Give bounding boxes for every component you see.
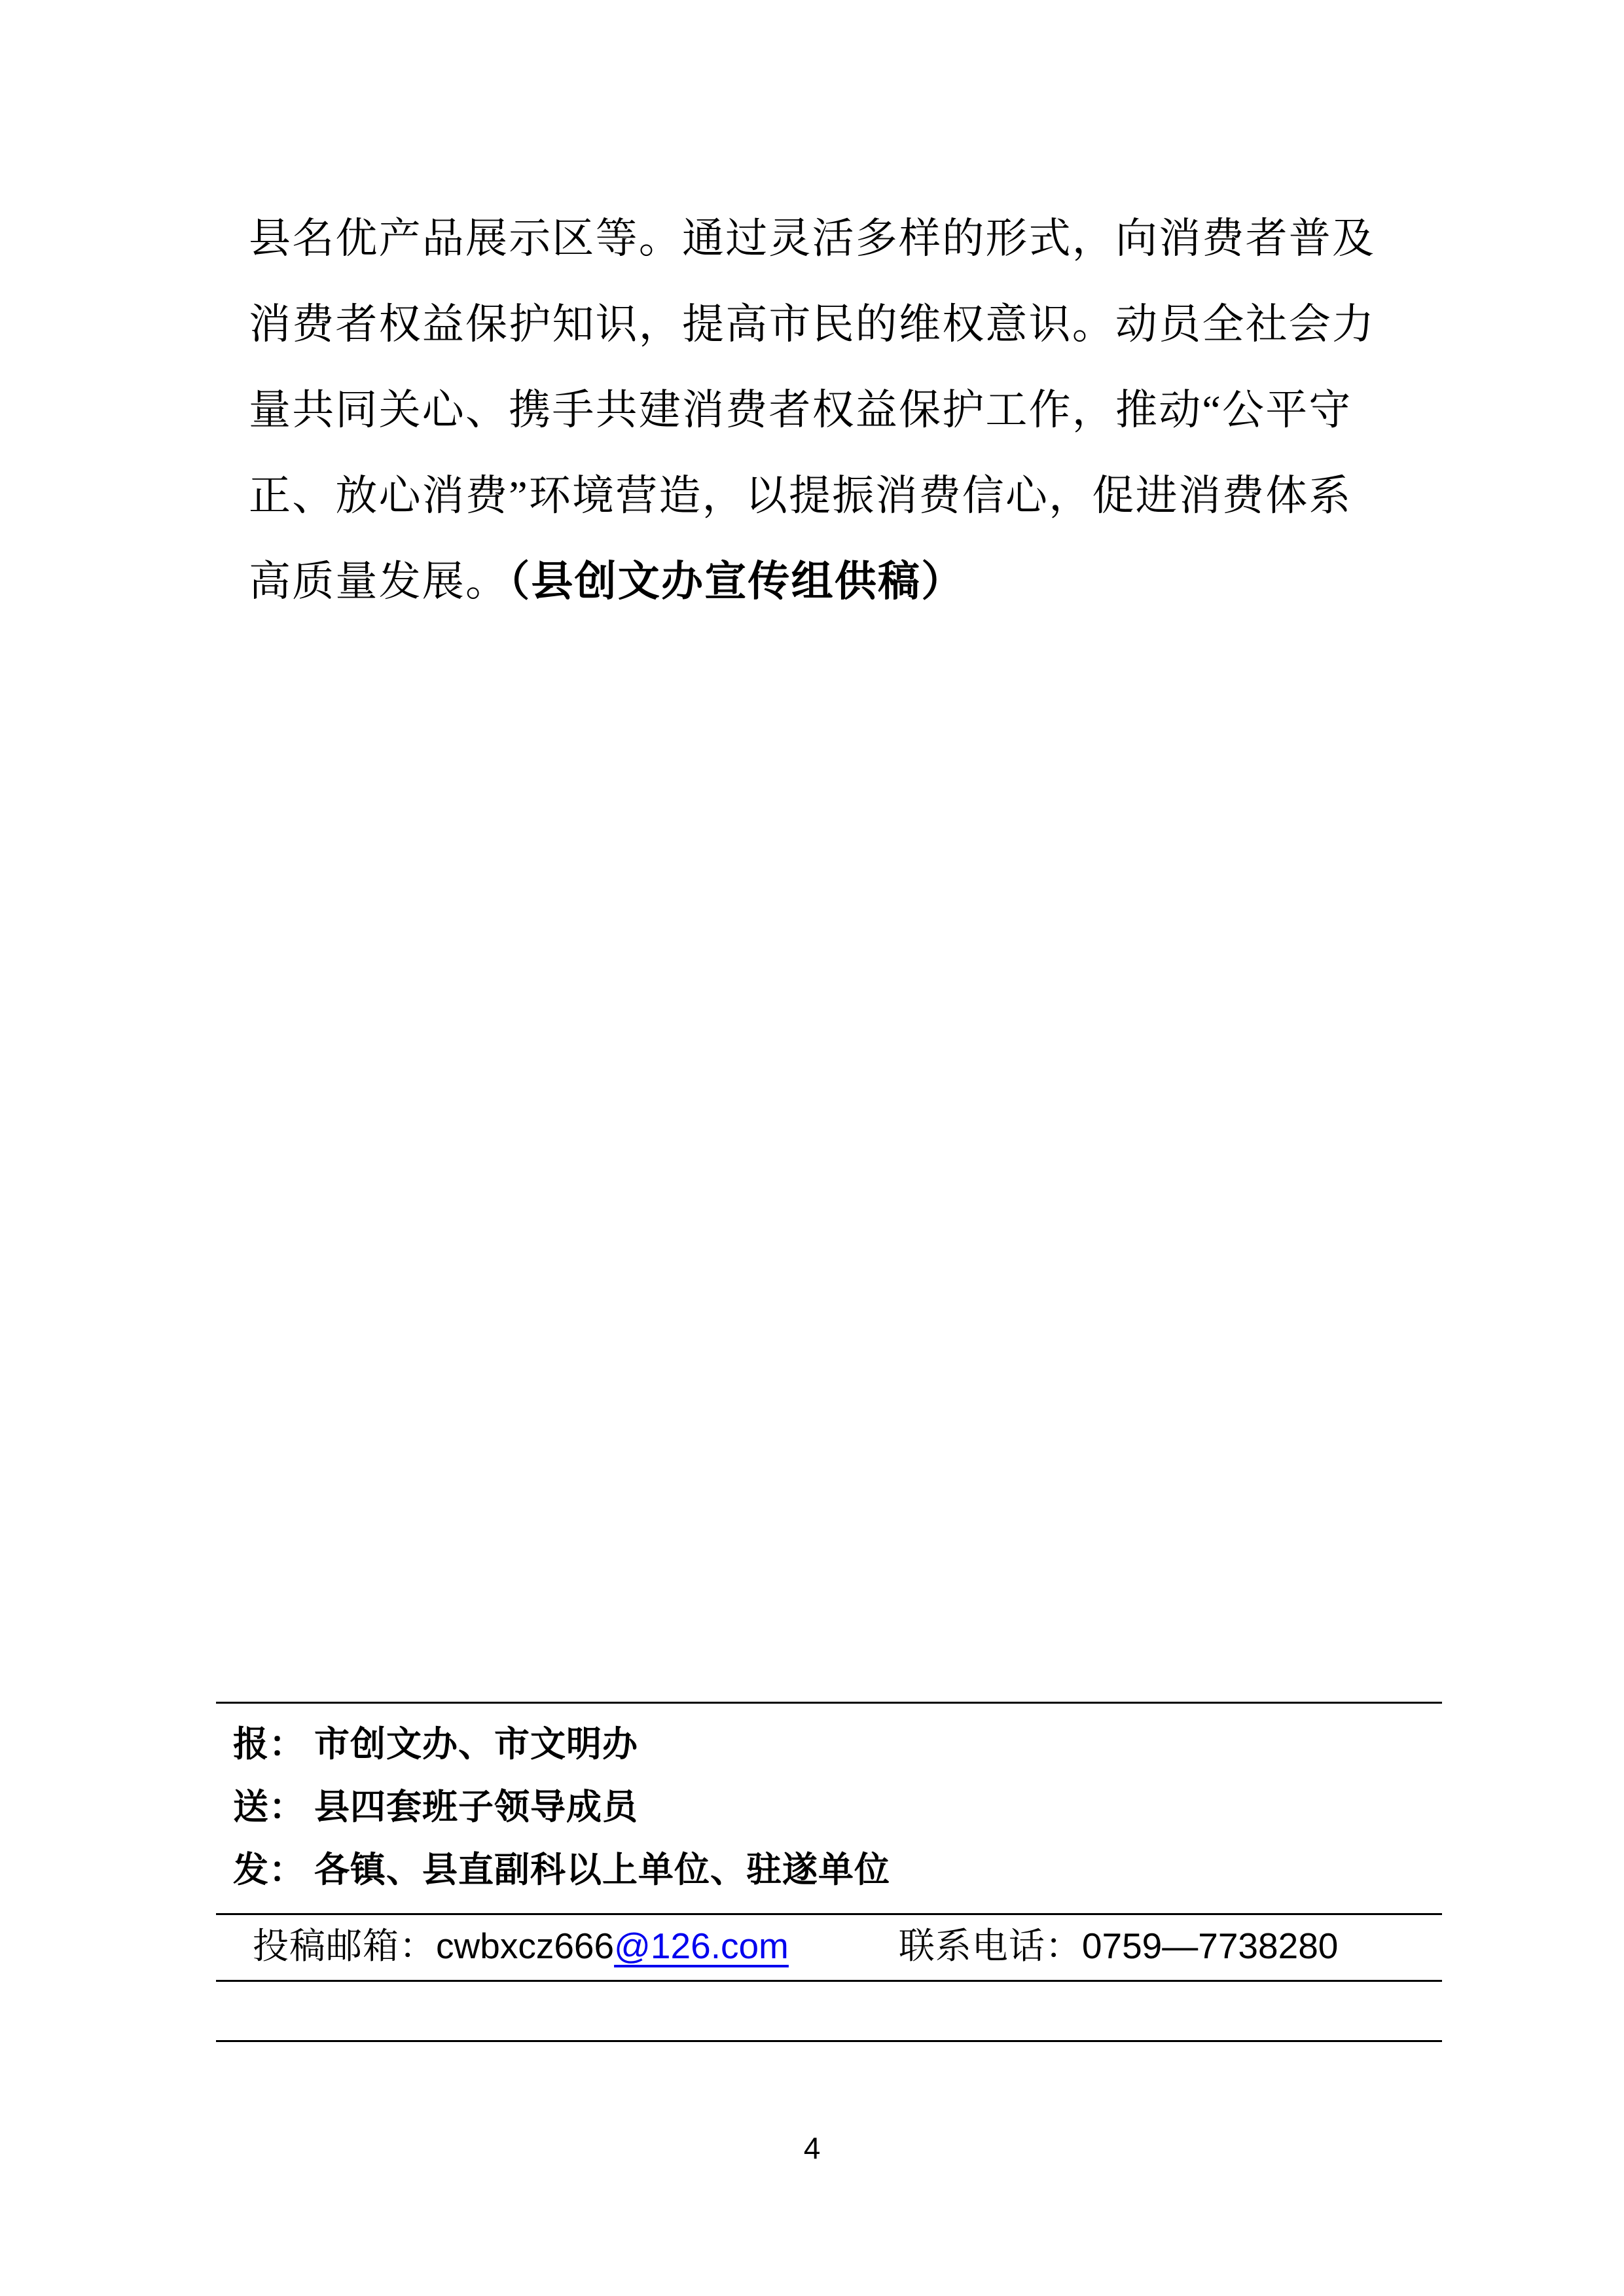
distribution-label: 发： bbox=[233, 1839, 305, 1901]
body-line-end: 高质量发展。 bbox=[249, 558, 509, 605]
email-label: 投稿邮箱： bbox=[253, 1926, 436, 1967]
contact-row: 投稿邮箱： cwbxcz666 @126.com 联系电话： 0759—7738… bbox=[253, 1926, 1405, 1967]
distribution-content: 市创文办、市文明办 bbox=[314, 1713, 638, 1776]
distribution-content: 县四套班子领导成员 bbox=[314, 1776, 638, 1839]
distribution-row-issue: 发： 各镇、县直副科以上单位、驻遂单位 bbox=[233, 1839, 890, 1901]
distribution-label: 送： bbox=[233, 1776, 305, 1839]
distribution-label: 报： bbox=[233, 1713, 305, 1776]
body-line: 高质量发展。（县创文办宣传组供稿） bbox=[249, 539, 1401, 624]
document-page: 县名优产品展示区等。通过灵活多样的形式，向消费者普及 消费者权益保护知识，提高市… bbox=[0, 0, 1624, 2296]
body-line: 消费者权益保护知识，提高市民的维权意识。动员全社会力 bbox=[249, 281, 1401, 367]
distribution-content: 各镇、县直副科以上单位、驻遂单位 bbox=[314, 1839, 890, 1901]
footer-bottom-rule bbox=[216, 2040, 1442, 2042]
email-domain-link[interactable]: @126.com bbox=[614, 1926, 789, 1966]
distribution-list: 报： 市创文办、市文明办 送： 县四套班子领导成员 发： 各镇、县直副科以上单位… bbox=[233, 1713, 890, 1901]
page-number: 4 bbox=[0, 2130, 1624, 2166]
phone-number: 0759—7738280 bbox=[1082, 1926, 1338, 1966]
byline-credit: （县创文办宣传组供稿） bbox=[509, 558, 964, 605]
email-user: cwbxcz666 bbox=[436, 1926, 614, 1966]
distribution-row-send: 送： 县四套班子领导成员 bbox=[233, 1776, 890, 1839]
body-line: 县名优产品展示区等。通过灵活多样的形式，向消费者普及 bbox=[249, 196, 1401, 281]
footer-middle-rule bbox=[216, 1913, 1442, 1915]
body-line: 量共同关心、携手共建消费者权益保护工作，推动“公平守 bbox=[249, 367, 1401, 453]
footer-top-rule bbox=[216, 1702, 1442, 1704]
phone-label: 联系电话： bbox=[899, 1926, 1082, 1967]
article-body: 县名优产品展示区等。通过灵活多样的形式，向消费者普及 消费者权益保护知识，提高市… bbox=[249, 196, 1401, 624]
footer-lower-rule bbox=[216, 1980, 1442, 1982]
distribution-row-report: 报： 市创文办、市文明办 bbox=[233, 1713, 890, 1776]
body-line: 正、放心消费”环境营造，以提振消费信心，促进消费体系 bbox=[249, 453, 1401, 539]
